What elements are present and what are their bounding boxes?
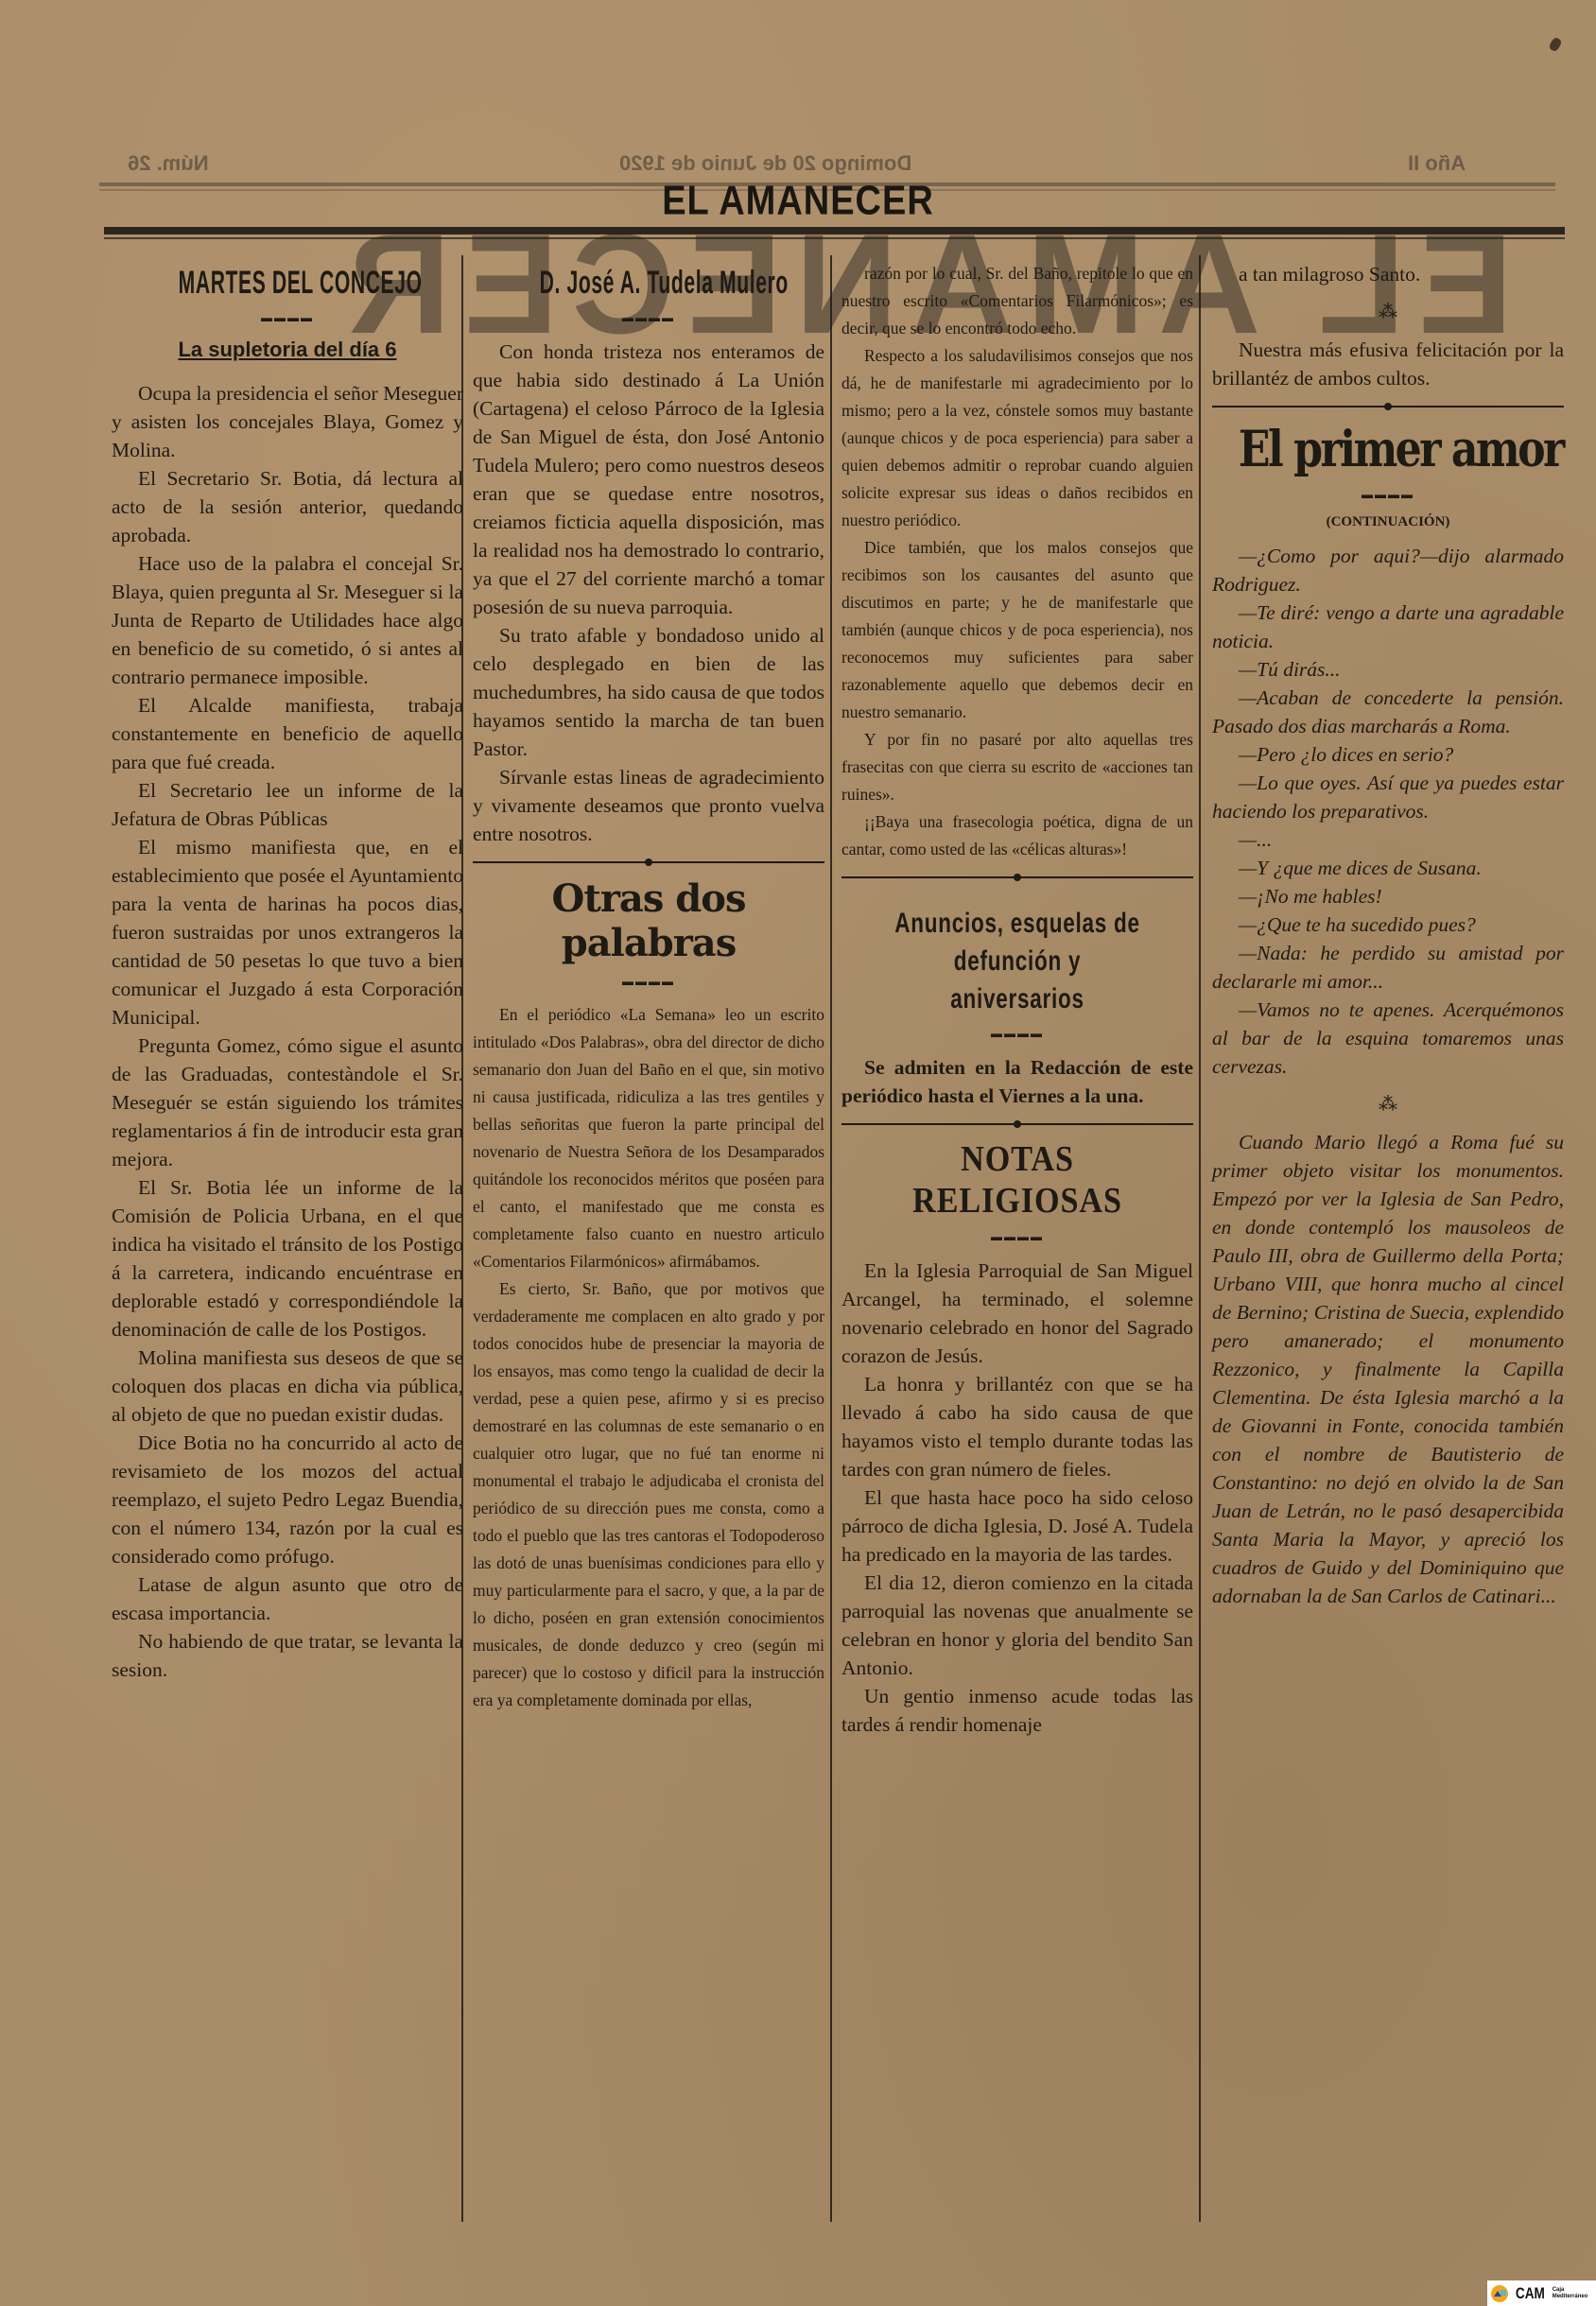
paragraph: El Alcalde manifiesta, trabaja constante… <box>112 691 463 776</box>
notice-text: Se admiten en la Redacción de este perió… <box>841 1053 1193 1110</box>
column-4: a tan milagroso Santo. ⁂ Nuestra más efu… <box>1212 260 1564 1610</box>
article-header-anuncios: Anuncios, esquelas de defunción y aniver… <box>886 905 1150 1018</box>
paragraph: Con honda tristeza nos enteramos de que … <box>473 338 824 621</box>
issue-number: Núm. 26 <box>128 151 209 176</box>
ornament: ▬▬▬▬ <box>473 967 824 996</box>
paragraph: Dice también, que los malos consejos que… <box>841 534 1193 726</box>
dialogue-line: —Pero ¿lo dices en serio? <box>1212 740 1564 769</box>
paragraph: Respecto a los saludavilisimos consejos … <box>841 342 1193 534</box>
paragraph: Y por fin no pasaré por alto aquellas tr… <box>841 726 1193 808</box>
dialogue-line: —¡No me hables! <box>1212 882 1564 910</box>
ornament: ▬▬▬▬ <box>112 303 463 332</box>
article-header-el-primer-amor: El primer amor <box>1239 421 1537 478</box>
paragraph: En el periódico «La Semana» leo un escri… <box>473 1001 824 1275</box>
section-divider <box>841 1119 1193 1129</box>
paragraph: El Secretario Sr. Botia, dá lectura al a… <box>112 464 463 549</box>
paragraph: razón por lo cual, Sr. del Baño, repitol… <box>841 260 1193 342</box>
dialogue-line: —Tú dirás... <box>1212 655 1564 684</box>
paragraph: a tan milagroso Santo. <box>1212 260 1564 288</box>
section-divider <box>1212 402 1564 411</box>
cam-logo-icon <box>1491 2285 1508 2302</box>
column-2: D. José A. Tudela Mulero ▬▬▬▬ Con honda … <box>473 255 824 1714</box>
article-header-notas-religiosas: NOTAS RELIGIOSAS <box>859 1138 1176 1222</box>
paragraph: El mismo manifiesta que, en el estableci… <box>112 833 463 1032</box>
dialogue-line: —¿Como por aqui?—dijo alarmado Rodriguez… <box>1212 542 1564 598</box>
paragraph: Un gentio inmenso acude todas las tardes… <box>841 1682 1193 1739</box>
section-divider <box>473 858 824 867</box>
masthead-rule <box>104 227 1565 234</box>
paragraph: No habiendo de que tratar, se levanta la… <box>112 1627 463 1684</box>
column-divider <box>1199 255 1201 2222</box>
ornament: ▬▬▬▬ <box>841 1223 1193 1251</box>
dialogue-line: —Lo que oyes. Así que ya puedes estar ha… <box>1212 769 1564 825</box>
dialogue-line: —Nada: he perdido su amistad por declara… <box>1212 939 1564 996</box>
paragraph: El que hasta hace poco ha sido celoso pá… <box>841 1483 1193 1569</box>
paragraph: Pregunta Gomez, cómo sigue el asunto de … <box>112 1032 463 1173</box>
issue-year: Año II <box>1408 151 1466 176</box>
newspaper-title: EL AMANECER <box>0 179 1596 225</box>
ornament: ▬▬▬▬ <box>473 303 824 332</box>
ornament: ▬▬▬▬ <box>1212 480 1564 509</box>
paragraph: Nuestra más efusiva felicitación por la … <box>1212 336 1564 392</box>
dialogue-line: —... <box>1212 825 1564 854</box>
article-header-concejo: MARTES DEL CONCEJO <box>179 265 397 302</box>
paragraph: El dia 12, dieron comienzo en la citada … <box>841 1569 1193 1682</box>
dialogue-line: —Y ¿que me dices de Susana. <box>1212 854 1564 882</box>
paragraph: Molina manifiesta sus deseos de que se c… <box>112 1344 463 1429</box>
dialogue-line: —Te diré: vengo a darte una agradable no… <box>1212 598 1564 655</box>
cam-logo-sub: Caja <box>1553 2287 1588 2294</box>
masthead-rule-thin <box>104 237 1565 239</box>
section-divider <box>841 873 1193 882</box>
dialogue-line: —Acaban de concederte la pensión. Pasado… <box>1212 684 1564 740</box>
article-header-tudela: D. José A. Tudela Mulero <box>540 265 758 302</box>
column-divider <box>830 255 832 2222</box>
dialogue-line: —¿Que te ha sucedido pues? <box>1212 910 1564 939</box>
masthead-info-line: Núm. 26 Domingo 20 de Junio de 1920 Año … <box>95 151 1522 174</box>
paragraph: Su trato afable y bondadoso unido al cel… <box>473 621 824 763</box>
ornament: ▬▬▬▬ <box>841 1020 1193 1048</box>
cam-logo-sub: Mediterráneo <box>1553 2294 1588 2300</box>
paragraph: Ocupa la presidencia el señor Meseguer y… <box>112 379 463 464</box>
asterism-icon: ⁂ <box>1212 298 1564 326</box>
dialogue-line: —Vamos no te apenes. Acerquémonos al bar… <box>1212 996 1564 1081</box>
column-3: razón por lo cual, Sr. del Baño, repitol… <box>841 260 1193 1739</box>
paragraph: Es cierto, Sr. Baño, que por motivos que… <box>473 1275 824 1714</box>
article-subheader: La supletoria del día 6 <box>112 338 463 362</box>
paragraph: La honra y brillantéz con que se ha llev… <box>841 1370 1193 1483</box>
paragraph: ¡¡Baya una frasecologia poética, digna d… <box>841 808 1193 863</box>
paragraph: Sírvanle estas lineas de agradecimiento … <box>473 763 824 848</box>
paragraph: Dice Botia no ha concurrido al acto de r… <box>112 1429 463 1570</box>
paragraph: Cuando Mario llegó a Roma fué su primer … <box>1212 1128 1564 1610</box>
continuation-label: (CONTINUACIÓN) <box>1212 514 1564 530</box>
cam-logo-text: CAM <box>1516 2284 1545 2303</box>
paragraph: Latase de algun asunto que otro de escas… <box>112 1570 463 1627</box>
issue-date: Domingo 20 de Junio de 1920 <box>619 151 911 176</box>
column-1: MARTES DEL CONCEJO ▬▬▬▬ La supletoria de… <box>112 255 463 1684</box>
paragraph: El Sr. Botia lée un informe de la Comisi… <box>112 1173 463 1344</box>
article-header-otras-dos-palabras: Otras dos palabras <box>473 876 824 965</box>
paragraph: En la Iglesia Parroquial de San Miguel A… <box>841 1257 1193 1370</box>
paragraph: Hace uso de la palabra el concejal Sr. B… <box>112 549 463 691</box>
cam-logo: CAM Caja Mediterráneo <box>1487 2280 1596 2306</box>
paragraph: El Secretario lee un informe de la Jefat… <box>112 776 463 833</box>
asterism-icon: ⁂ <box>1212 1090 1564 1118</box>
